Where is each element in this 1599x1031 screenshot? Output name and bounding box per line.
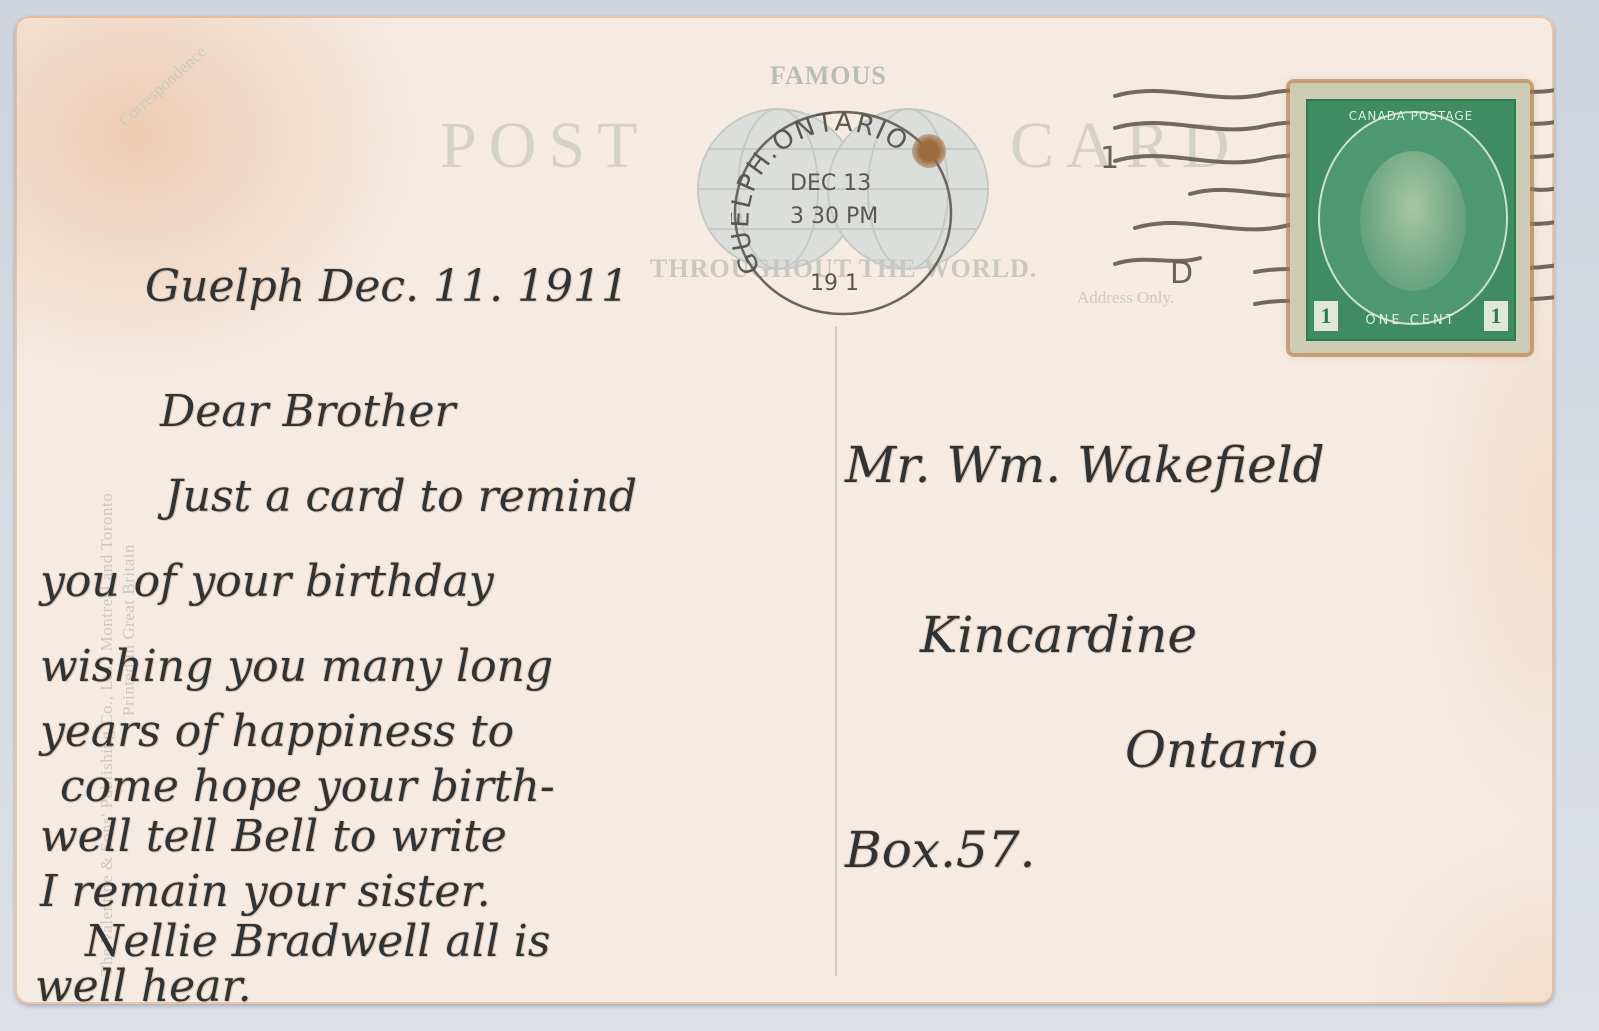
address-line: Kincardine	[920, 606, 1197, 664]
stamp-country-text: CANADA POSTAGE	[1308, 109, 1514, 123]
postmark-time: 3 30 PM	[790, 204, 878, 229]
stamp-oval	[1318, 111, 1508, 325]
stamp-value-left: 1	[1314, 301, 1338, 331]
message-line: well tell Bell to write	[40, 811, 507, 862]
stamp-frame: CANADA POSTAGE ONE CENT 1 1	[1306, 99, 1516, 341]
message-line: Guelph Dec. 11. 1911	[145, 261, 629, 312]
postmark-year: 19 1	[810, 271, 859, 296]
message-line: I remain your sister.	[40, 866, 491, 917]
cancel-letter-bottom: D	[1170, 256, 1193, 291]
address-line: Box.57.	[845, 821, 1035, 879]
center-divider	[835, 326, 837, 976]
emblem-famous-text: FAMOUS	[770, 61, 887, 91]
king-portrait-icon	[1360, 151, 1466, 291]
message-line: come hope your birth-	[60, 761, 555, 812]
message-line: you of your birthday	[40, 556, 494, 607]
message-line: wishing you many long	[40, 641, 553, 692]
message-line: Just a card to remind	[165, 471, 637, 522]
message-line: Nellie Bradwell all is	[85, 916, 550, 967]
cancel-letter-top: 1	[1100, 141, 1119, 176]
postage-stamp: CANADA POSTAGE ONE CENT 1 1	[1290, 83, 1530, 353]
message-line: Dear Brother	[160, 386, 456, 437]
address-line: Mr. Wm. Wakefield	[845, 436, 1325, 494]
message-line: well hear.	[35, 961, 252, 1004]
correspondence-label: Correspondence	[115, 42, 210, 131]
postcard: POST CARD FAMOUS THROUGHOUT THE WORLD. A…	[15, 16, 1554, 1004]
message-line: years of happiness to	[40, 706, 514, 757]
stain-spot	[912, 134, 946, 168]
postmark-date: DEC 13	[790, 171, 871, 196]
header-post-text: POST	[440, 108, 649, 184]
address-line: Ontario	[1125, 721, 1318, 779]
stamp-value-right: 1	[1484, 301, 1508, 331]
